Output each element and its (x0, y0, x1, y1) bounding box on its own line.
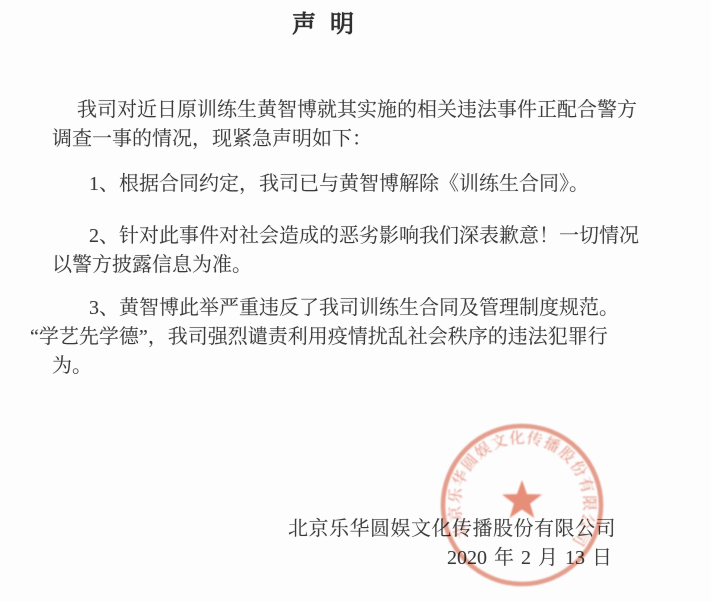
statement-item-2: 2、针对此事件对社会造成的恶劣影响我们深表歉意！一切情况 以警方披露信息为准。 (52, 222, 652, 280)
statement-document: 声 明 我司对近日原训练生黄智博就其实施的相关违法事件正配合警方 调查一事的情况… (0, 0, 711, 601)
item-3-line-3: 为。 (52, 352, 652, 381)
signature-company-name: 北京乐华圆娱文化传播股份有限公司 (0, 516, 616, 542)
item-2-line-1: 2、针对此事件对社会造成的恶劣影响我们深表歉意！一切情况 (52, 222, 652, 251)
intro-line-2: 调查一事的情况，现紧急声明如下： (52, 125, 652, 154)
star-icon (502, 480, 542, 518)
signature-date: 2020 年 2 月 13 日 (0, 545, 612, 571)
item-3-line-2: “学艺先学德”，我司强烈谴责利用疫情扰乱社会秩序的违法犯罪行 (30, 323, 652, 352)
document-title: 声 明 (0, 10, 646, 40)
intro-paragraph: 我司对近日原训练生黄智博就其实施的相关违法事件正配合警方 调查一事的情况，现紧急… (52, 96, 652, 154)
item-3-line-1: 3、黄智博此举严重违反了我司训练生合同及管理制度规范。 (52, 294, 652, 323)
statement-item-1: 1、根据合同约定，我司已与黄智博解除《训练生合同》。 (52, 170, 652, 199)
intro-line-1: 我司对近日原训练生黄智博就其实施的相关违法事件正配合警方 (52, 96, 652, 125)
item-1-line-1: 1、根据合同约定，我司已与黄智博解除《训练生合同》。 (52, 170, 652, 199)
statement-item-3: 3、黄智博此举严重违反了我司训练生合同及管理制度规范。 “学艺先学德”，我司强烈… (52, 294, 652, 381)
item-2-line-2: 以警方披露信息为准。 (52, 251, 652, 280)
